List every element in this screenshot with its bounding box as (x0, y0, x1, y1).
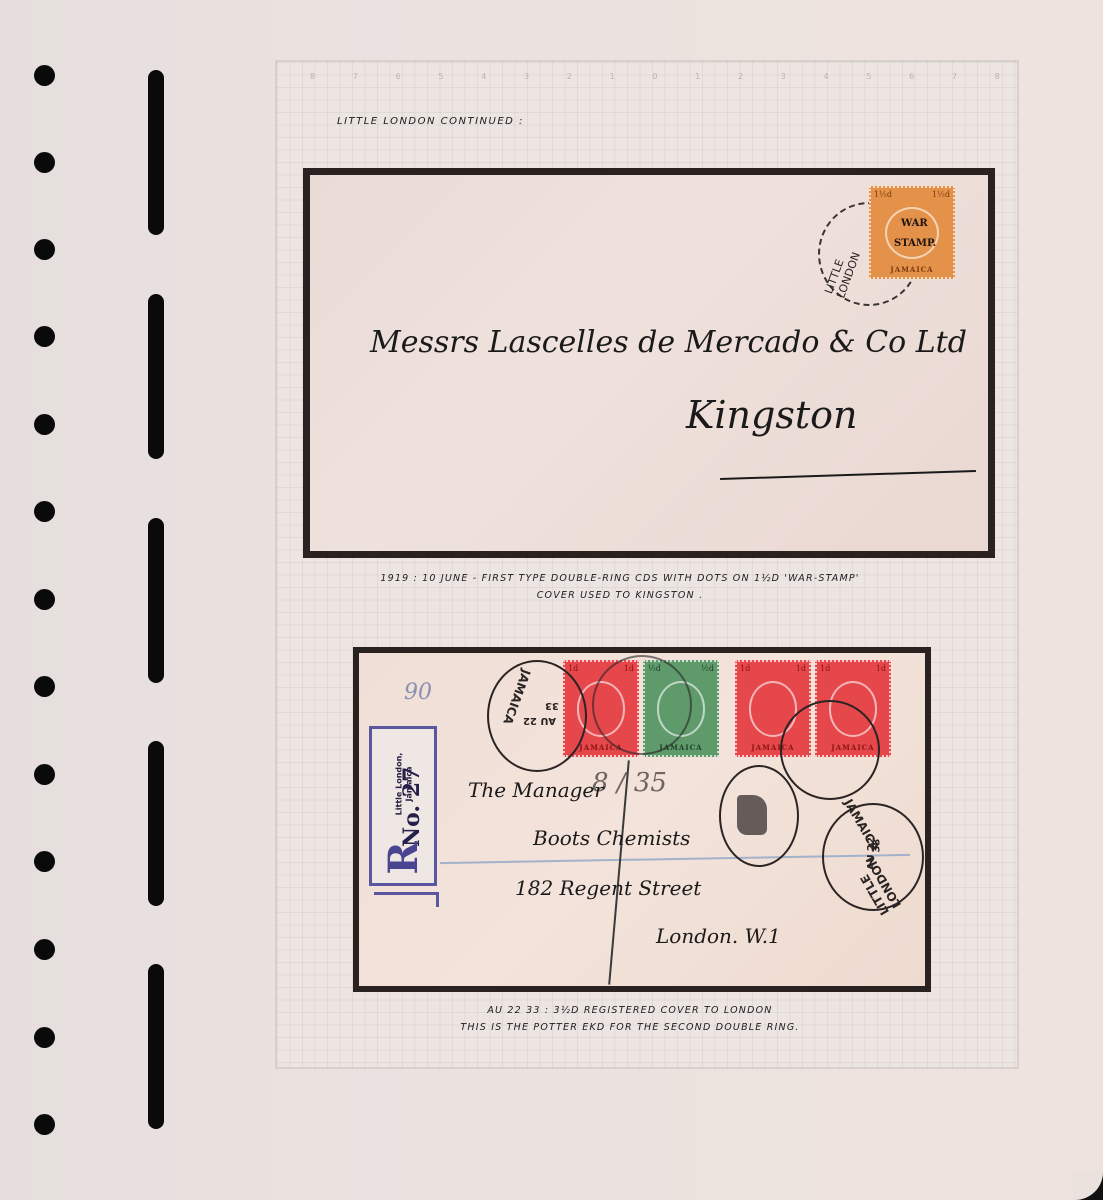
cover-2-postmark-right-top (780, 700, 880, 800)
reg-label-remnant (374, 892, 439, 907)
binder-hole (34, 152, 55, 173)
ruler-mark: 4 (824, 72, 829, 81)
ruler-mark: 8 (995, 72, 1000, 81)
cover-2-pencil-note: 90 (404, 680, 432, 705)
ruler-mark: 0 (652, 72, 657, 81)
ruler-mark: 5 (438, 72, 443, 81)
cover-2-address-line-2: Boots Chemists (533, 826, 690, 850)
ruler-mark: 7 (952, 72, 957, 81)
binder-hole (34, 851, 55, 872)
stamp-overprint-war: WAR (901, 218, 928, 229)
stamp-country: JAMAICA (890, 265, 933, 277)
page-heading: Little London Continued : (337, 116, 524, 127)
cover-2-caption-line-2: This is the potter EKD for the second do… (400, 1019, 860, 1036)
stamp-value-right: 1d (876, 664, 886, 673)
cover-1-caption: 1919 : 10 June - First type double-ring … (360, 570, 880, 604)
ruler-mark: 1 (610, 72, 615, 81)
postmark-br-year: 33 (871, 839, 882, 853)
cover-2-address-line-3: 182 Regent Street (515, 876, 701, 900)
binder-hole (34, 676, 55, 697)
grid-ruler: 87654321012345678 (310, 72, 1000, 81)
ruler-mark: 7 (353, 72, 358, 81)
registration-label: Little London, Jamaica No. 27 R (369, 726, 437, 886)
oval-cancel-mark (737, 795, 767, 835)
ruler-mark: 6 (909, 72, 914, 81)
stamp-value-left: 1½d (874, 190, 892, 199)
stamp-value-right: 1d (796, 664, 806, 673)
binder-hole (34, 326, 55, 347)
ruler-mark: 6 (396, 72, 401, 81)
binder-hole (34, 501, 55, 522)
postmark-left-year: 33 (545, 700, 559, 711)
stamp-value-right: ½d (701, 664, 714, 673)
king-portrait-icon (885, 207, 940, 260)
ruler-mark: 8 (310, 72, 315, 81)
binder-hole (34, 239, 55, 260)
ruler-mark: 2 (567, 72, 572, 81)
binder-slot (148, 741, 164, 906)
cover-2-caption-line-1: AU 22 33 : 3½d Registered cover to Londo… (400, 1002, 860, 1019)
ruler-mark: 5 (866, 72, 871, 81)
cover-1-address-line-2: Kingston (686, 393, 857, 437)
ruler-mark: 1 (695, 72, 700, 81)
ruler-mark: 2 (738, 72, 743, 81)
ruler-mark: 3 (781, 72, 786, 81)
ruler-mark: 4 (481, 72, 486, 81)
binder-hole (34, 939, 55, 960)
cover-1-address-line-1: Messrs Lascelles de Mercado & Co Ltd (370, 325, 967, 360)
binder-slot (148, 964, 164, 1129)
stamp-overprint-stamp: STAMP. (894, 238, 936, 249)
binder-hole (34, 589, 55, 610)
stamp-value-left: 1d (820, 664, 830, 673)
binder-hole (34, 1114, 55, 1135)
binder-slot (148, 294, 164, 459)
page-corner (1073, 1170, 1103, 1200)
cover-2-caption: AU 22 33 : 3½d Registered cover to Londo… (400, 1002, 860, 1036)
binder-hole (34, 65, 55, 86)
ruler-mark: 3 (524, 72, 529, 81)
cover-2-postmark-mid (592, 655, 692, 755)
binder-slot (148, 518, 164, 683)
binder-slot (148, 70, 164, 235)
reg-letter: R (382, 831, 424, 885)
stamp-value-left: 1d (568, 664, 578, 673)
cover-2-address-line-4: London. W.1 (656, 924, 781, 948)
binder-hole (34, 1027, 55, 1048)
cover-1-caption-line-2: cover used to Kingston . (360, 587, 880, 604)
stamp-value-left: 1d (740, 664, 750, 673)
binder-hole (34, 414, 55, 435)
cover-1-caption-line-1: 1919 : 10 June - First type double-ring … (360, 570, 880, 587)
binder-hole (34, 764, 55, 785)
cover-2-address-line-1: The Manager (468, 778, 604, 802)
cover-1-stamp: 1½d 1½d JAMAICA (869, 186, 955, 279)
stamp-value-right: 1½d (932, 190, 950, 199)
postmark-left-date: AU 22 (523, 715, 556, 726)
